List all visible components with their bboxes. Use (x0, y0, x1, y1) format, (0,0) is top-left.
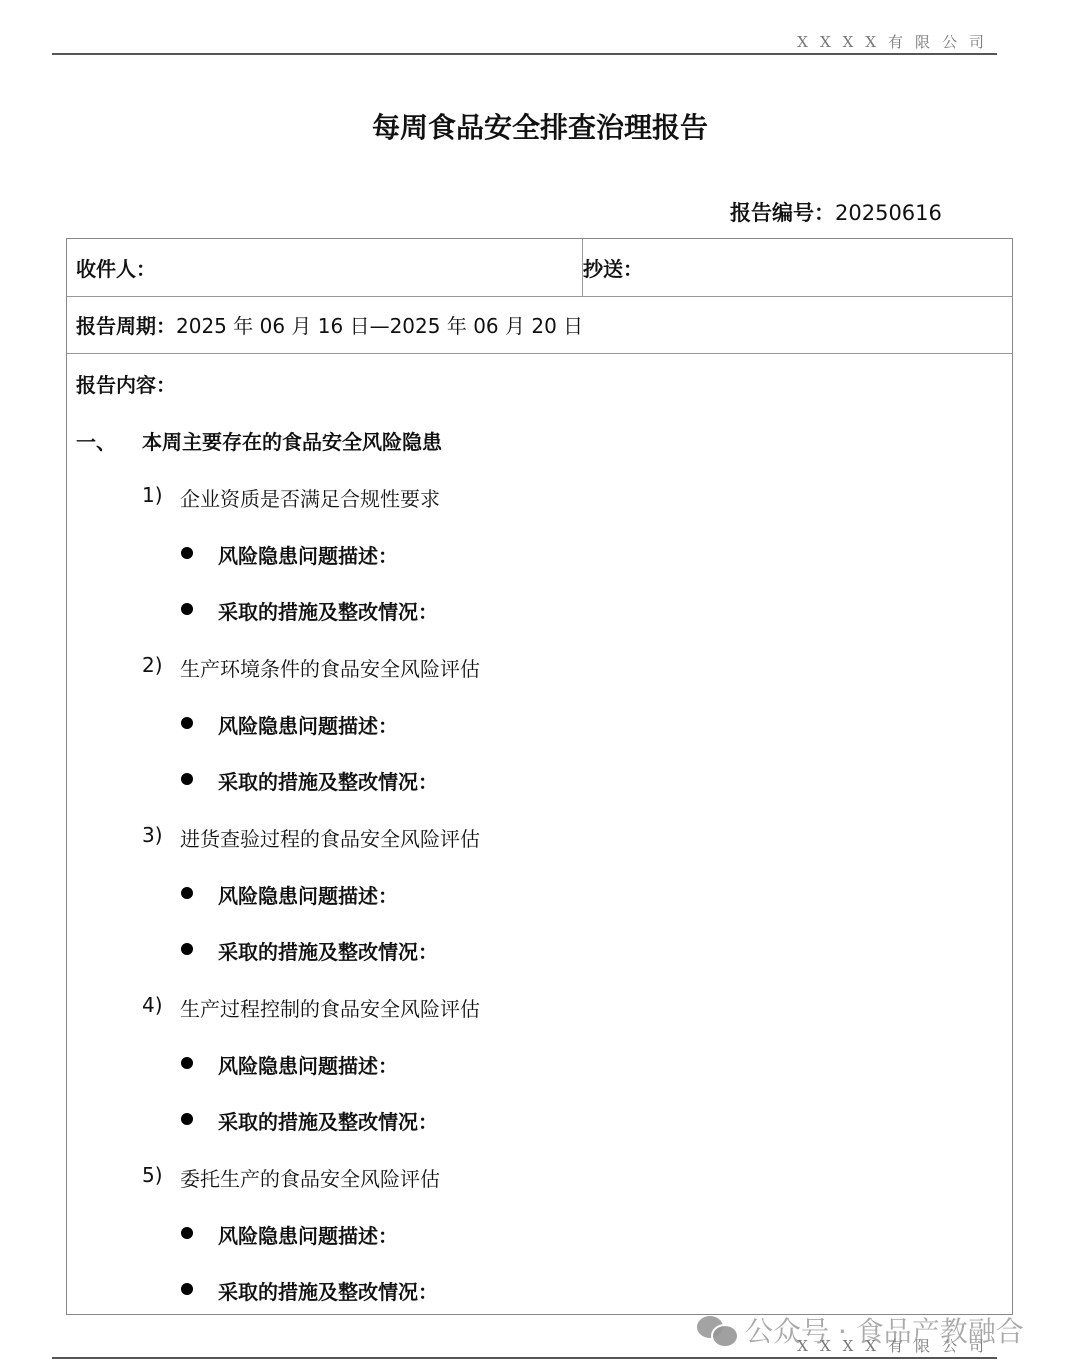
page-title: 每周食品安全排查治理报告 (0, 106, 1080, 146)
watermark-text: 公众号 · 食品产教融合 (745, 1310, 1024, 1350)
section-number: 一、 (76, 426, 116, 455)
bullet-icon (181, 1057, 193, 1069)
bullet-text: 采取的措施及整改情况： (218, 596, 438, 625)
item-number: 2) (142, 653, 163, 677)
recipient-cell[interactable]: 收件人： (67, 239, 583, 296)
item-title: 生产环境条件的食品安全风险评估 (180, 653, 480, 682)
bullet-text: 风险隐患问题描述： (218, 880, 398, 909)
header-divider (52, 53, 997, 55)
bullet-icon (181, 547, 193, 559)
bullet-text: 风险隐患问题描述： (218, 1050, 398, 1079)
item-title: 生产过程控制的食品安全风险评估 (180, 993, 480, 1022)
bullet-text: 采取的措施及整改情况： (218, 1276, 438, 1305)
item-title: 委托生产的食品安全风险评估 (180, 1163, 440, 1192)
bullet-icon (181, 1283, 193, 1295)
header-company-name: XXXX有限公司 (797, 31, 996, 52)
bullet-text: 风险隐患问题描述： (218, 1220, 398, 1249)
bullet-text: 风险隐患问题描述： (218, 540, 398, 569)
section-title: 本周主要存在的食品安全风险隐患 (142, 426, 442, 455)
period-value: 2025 年 06 月 16 日—2025 年 06 月 20 日 (176, 310, 583, 339)
bullet-icon (181, 1113, 193, 1125)
period-row: 报告周期：2025 年 06 月 16 日—2025 年 06 月 20 日 (67, 296, 1012, 354)
bullet-text: 采取的措施及整改情况： (218, 1106, 438, 1135)
wechat-icon (697, 1314, 737, 1346)
watermark: 公众号 · 食品产教融合 (697, 1310, 1024, 1350)
item-number: 4) (142, 993, 163, 1017)
item-number: 3) (142, 823, 163, 847)
cc-cell[interactable]: 抄送： (574, 239, 1012, 296)
report-number-label: 报告编号： (730, 201, 835, 225)
bullet-icon (181, 887, 193, 899)
bullet-icon (181, 943, 193, 955)
period-label: 报告周期： (76, 310, 176, 339)
item-title: 进货查验过程的食品安全风险评估 (180, 823, 480, 852)
report-number: 报告编号：20250616 (730, 197, 942, 227)
report-table: 收件人： 抄送： 报告周期：2025 年 06 月 16 日—2025 年 06… (66, 238, 1013, 1315)
bullet-icon (181, 603, 193, 615)
report-number-value: 20250616 (835, 201, 942, 225)
report-content-cell[interactable]: 报告内容： 一、 本周主要存在的食品安全风险隐患 1) 企业资质是否满足合规性要… (67, 353, 1012, 1314)
bullet-icon (181, 717, 193, 729)
footer-divider (52, 1357, 997, 1359)
content-label: 报告内容： (76, 369, 176, 398)
item-number: 5) (142, 1163, 163, 1187)
item-number: 1) (142, 483, 163, 507)
bullet-text: 风险隐患问题描述： (218, 710, 398, 739)
recipient-row: 收件人： 抄送： (67, 239, 1012, 297)
bullet-icon (181, 773, 193, 785)
period-cell[interactable]: 报告周期：2025 年 06 月 16 日—2025 年 06 月 20 日 (67, 296, 1012, 353)
bullet-text: 采取的措施及整改情况： (218, 936, 438, 965)
item-title: 企业资质是否满足合规性要求 (180, 483, 440, 512)
bullet-text: 采取的措施及整改情况： (218, 766, 438, 795)
bullet-icon (181, 1227, 193, 1239)
